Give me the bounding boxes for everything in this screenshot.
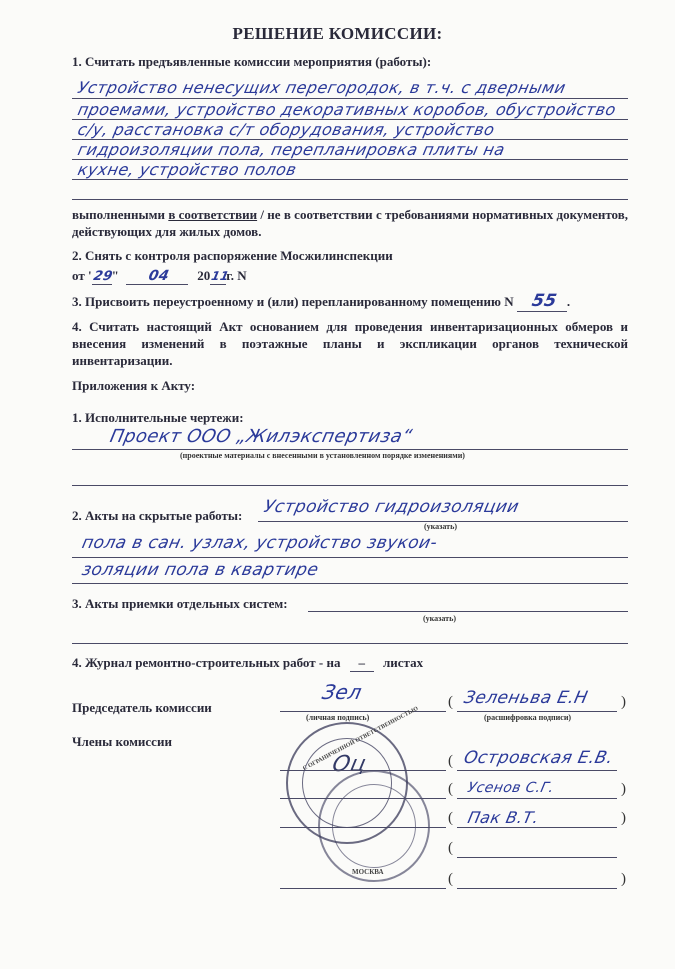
paren-close: ) [621, 781, 626, 798]
member-name: Пак В.Т. [466, 808, 541, 827]
underline [72, 583, 628, 584]
drawings-label: 1. Исполнительные чертежи: [72, 410, 244, 426]
paren-open: ( [448, 840, 453, 857]
stamp-text-bottom: МОСКВА [352, 868, 384, 876]
document-title: РЕШЕНИЕ КОМИССИИ: [0, 24, 675, 44]
underline [72, 179, 628, 180]
name-line [457, 857, 617, 858]
hidden-works-caption: (указать) [424, 522, 457, 531]
paren-open: ( [448, 871, 453, 888]
name-line [457, 827, 617, 828]
signature-caption: (личная подпись) [306, 713, 369, 722]
hidden-works-label: 2. Акты на скрытые работы: [72, 508, 242, 524]
journal-row: 4. Журнал ремонтно-строительных работ - … [72, 655, 423, 672]
drawings-value: Проект ООО „Жилэкспертиза“ [108, 426, 414, 447]
systems-caption: (указать) [423, 614, 456, 623]
name-caption: (расшифровка подписи) [484, 713, 571, 722]
premises-number: 55 [530, 291, 559, 311]
item1-label: 1. Считать предъявленные комиссии меропр… [72, 54, 431, 70]
chairman-name: Зеленьва Е.Н [462, 688, 590, 708]
signature-line [280, 798, 446, 799]
systems-label: 3. Акты приемки отдельных систем: [72, 596, 288, 612]
drawings-caption: (проектные материалы с внесенными в уста… [180, 451, 465, 460]
item3-row: 3. Присвоить переустроенному и (или) пер… [72, 291, 570, 312]
handwritten-line: с/у, расстановка с/т оборудования, устро… [76, 120, 496, 139]
chairman-signature: Зел [320, 680, 364, 704]
underline [72, 98, 628, 99]
paren-close: ) [621, 810, 626, 827]
conformity-selected: в соответствии [168, 207, 257, 222]
item2-label: 2. Снять с контроля распоряжение Мосжили… [72, 248, 393, 264]
member-name: Усенов С.Г. [466, 780, 556, 796]
paren-close: ) [621, 694, 626, 711]
signature-line [280, 827, 446, 828]
appendix-heading: Приложения к Акту: [72, 378, 195, 394]
date-year: 11 [210, 269, 230, 283]
paren-open: ( [448, 810, 453, 827]
members-label: Члены комиссии [72, 734, 172, 750]
organization-stamp-overlay [318, 770, 430, 882]
underline [72, 557, 628, 558]
paren-open: ( [448, 694, 453, 711]
handwritten-line: кухне, устройство полов [76, 160, 298, 179]
stamp-inner-ring [332, 784, 416, 868]
signature-line [280, 711, 446, 712]
name-line [457, 888, 617, 889]
signature-line [280, 888, 446, 889]
name-line [457, 798, 617, 799]
hidden-works-line: золяции пола в квартире [80, 560, 320, 580]
handwritten-line: Устройство ненесущих перегородок, в т.ч.… [76, 78, 568, 97]
underline [72, 449, 628, 450]
date-month: 04 [147, 268, 171, 284]
paren-close: ) [621, 871, 626, 888]
chairman-label: Председатель комиссии [72, 700, 212, 716]
item2-date-row: от '29" 04 2011г. N [72, 268, 247, 285]
name-line [457, 711, 617, 712]
member-name: Островская Е.В. [462, 748, 615, 768]
signature-line [280, 770, 446, 771]
member-signature-scribble: Оц [330, 752, 368, 777]
paren-open: ( [448, 781, 453, 798]
journal-sheets: – [350, 655, 374, 672]
underline [72, 199, 628, 200]
paren-open: ( [448, 753, 453, 770]
underline [72, 643, 628, 644]
conformity-text: выполненными в соответствии / не в соотв… [72, 206, 628, 240]
handwritten-line: проемами, устройство декоративных коробо… [76, 100, 618, 119]
underline [308, 611, 628, 612]
item4-text: 4. Считать настоящий Акт основанием для … [72, 318, 628, 369]
date-day: 29 [92, 269, 114, 284]
underline [72, 485, 628, 486]
hidden-works-line: пола в сан. узлах, устройство звукои- [80, 533, 439, 553]
handwritten-line: гидроизоляции пола, перепланировка плиты… [76, 140, 507, 159]
name-line [457, 770, 617, 771]
hidden-works-line: Устройство гидроизоляции [262, 497, 521, 517]
